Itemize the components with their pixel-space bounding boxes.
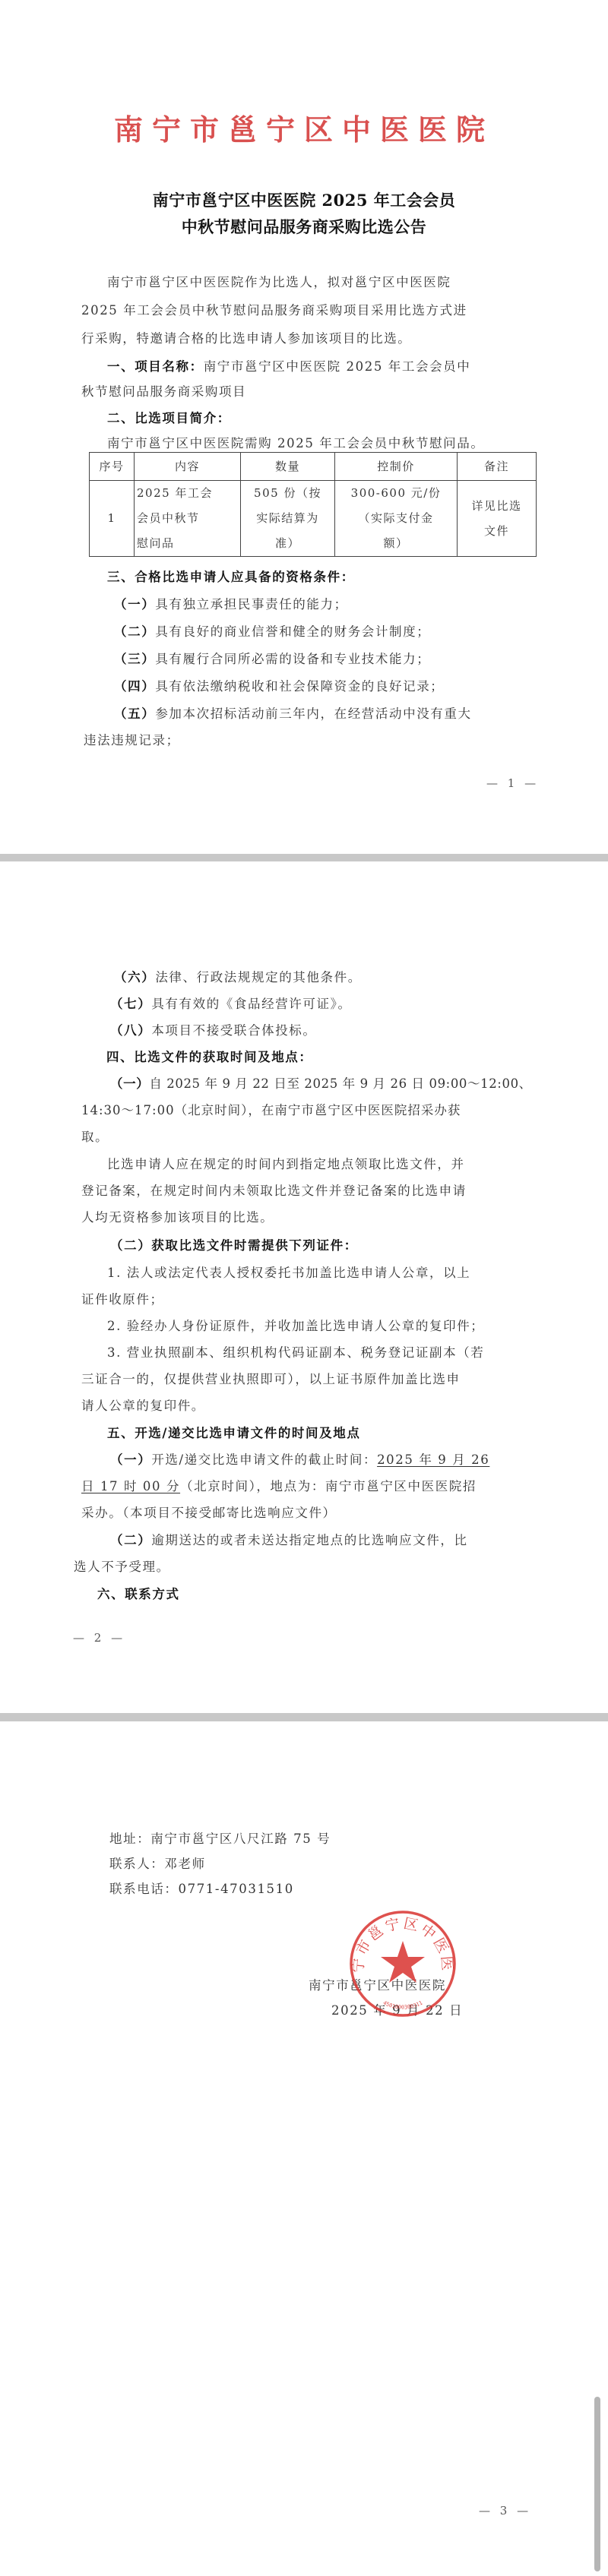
qualification-item-5-continued: 违法违规记录； [84,730,180,748]
intro-line-2: 2025 年工会会员中秋节慰问品服务商采购项目采用比选方式进 [81,300,467,318]
scrollbar[interactable] [594,2397,600,2571]
item-label: （一） [110,1076,149,1091]
cell-price-line: 300-600 元/份 [337,481,454,506]
item-text: 具有依法缴纳税收和社会保障资金的良好记录； [155,679,444,694]
cell-quantity-line: 实际结算为 [243,506,332,531]
svg-text:4501000300311: 4501000300311 [382,2000,424,2011]
page-3: 地址：南宁市邕宁区八尺江路 75 号 联系人：邓老师 联系电话：0771-470… [0,1721,608,2576]
header-content: 内容 [135,453,241,481]
section-5-item-2: （二）逾期送达的或者未送达指定地点的比选响应文件，比 [110,1530,468,1548]
intro-line-1: 南宁市邕宁区中医医院作为比选人，拟对邕宁区中医医院 [107,272,451,290]
qualification-item-1: （一）具有独立承担民事责任的能力； [114,594,348,612]
cell-note: 详见比选 文件 [458,481,537,557]
item-text: 自 2025 年 9 月 22 日至 2025 年 9 月 26 日 09:00… [149,1076,531,1091]
cell-price: 300-600 元/份 （实际支付金 额） [335,481,458,557]
item-label: （一） [110,1452,151,1467]
doc-requirement-1-line-2: 证件收原件； [81,1289,164,1307]
item-label: （三） [114,652,155,666]
cell-no: 1 [90,481,135,557]
item-label: （五） [114,706,155,721]
section-1-text: 南宁市邕宁区中医医院 2025 年工会会员中 [204,359,471,374]
header-no: 序号 [90,453,135,481]
section-4-heading: 四、比选文件的获取时间及地点： [106,1047,313,1065]
qualification-item-3: （三）具有履行合同所必需的设备和专业技术能力； [114,649,430,667]
section-4-para-line-1: 比选申请人应在规定的时间内到指定地点领取比选文件，并 [107,1154,465,1172]
cell-content: 2025 年工会 会员中秋节 慰问品 [135,481,241,557]
table-row: 1 2025 年工会 会员中秋节 慰问品 505 份（按 实际结算为 准） 30… [90,481,537,557]
qualification-item-8: （八）本项目不接受联合体投标。 [110,1020,317,1038]
section-1-line: 一、项目名称：南宁市邕宁区中医医院 2025 年工会会员中 [107,356,470,375]
section-4-item-2-heading: （二）获取比选文件时需提供下列证件： [110,1235,358,1253]
official-seal: 南宁市邕宁区中医医院 4501000300311 [346,1907,460,2021]
section-5-heading: 五、开选/递交比选申请文件的时间及地点 [107,1423,360,1441]
item-text: （北京时间），地点为：南宁市邕宁区中医医院招 [180,1479,477,1493]
cell-price-line: 额） [337,531,454,556]
document-title-line-2: 中秋节慰问品服务商采购比选公告 [0,215,608,238]
item-text: 逾期送达的或者未送达指定地点的比选响应文件，比 [151,1533,467,1547]
cell-note-line: 文件 [460,519,534,544]
qualification-item-2: （二）具有良好的商业信誉和健全的财务会计制度； [114,621,430,640]
section-4-para-line-2: 登记备案，在规定时间内未领取比选文件并登记备案的比选申请 [81,1181,467,1199]
contact-address: 地址：南宁市邕宁区八尺江路 75 号 [109,1828,331,1847]
masthead: 南宁市邕宁区中医医院 [0,106,608,148]
cell-price-line: （实际支付金 [337,506,454,531]
item-text: 法律、行政法规规定的其他条件。 [155,970,362,985]
section-5-item-1-line-3: 采办。（本项目不接受邮寄比选响应文件） [81,1503,337,1521]
item-label: （六） [114,970,155,985]
qualification-item-7: （七）具有有效的《食品经营许可证》。 [110,994,352,1012]
page-2: （六）法律、行政法规规定的其他条件。 （七）具有有效的《食品经营许可证》。 （八… [0,861,608,1713]
cell-quantity-line: 505 份（按 [243,481,332,506]
section-4-item-1-line-2: 14:30～17:00（北京时间），在南宁市邕宁区中医医院招采办获 [81,1100,461,1118]
doc-requirement-3-line-1: 3. 营业执照副本、组织机构代码证副本、税务登记证副本（若 [107,1342,484,1361]
item-label: （二） [110,1533,151,1547]
section-2-text: 南宁市邕宁区中医医院需购 2025 年工会会员中秋节慰问品。 [107,433,484,451]
item-text: 开选/递交比选申请文件的截止时间： [151,1452,377,1467]
item-text: 本项目不接受联合体投标。 [151,1023,316,1038]
page-number-3: — 3 — [479,2504,531,2518]
section-5-item-1: （一）开选/递交比选申请文件的截止时间：2025 年 9 月 26 [110,1449,489,1468]
seal-icon: 南宁市邕宁区中医医院 4501000300311 [346,1907,460,2021]
item-text: 参加本次招标活动前三年内，在经营活动中没有重大 [155,706,471,721]
item-label: （二） [114,624,155,639]
section-4-para-line-3: 人均无资格参加该项目的比选。 [81,1207,274,1225]
item-text: 具有有效的《食品经营许可证》。 [151,997,351,1011]
deadline-time: 日 17 时 00 分 [81,1479,180,1493]
qualification-item-4: （四）具有依法缴纳税收和社会保障资金的良好记录； [114,676,444,694]
section-3-heading: 三、合格比选申请人应具备的资格条件： [107,567,355,585]
section-1-text-continued: 秋节慰问品服务商采购项目 [81,381,246,400]
section-4-item-1-line-3: 取。 [81,1127,109,1145]
item-label: （一） [114,597,155,612]
cell-content-line: 2025 年工会 [137,481,238,506]
item-text: 具有履行合同所必需的设备和专业技术能力； [155,652,430,666]
section-4-item-1: （一）自 2025 年 9 月 22 日至 2025 年 9 月 26 日 09… [110,1073,532,1092]
doc-requirement-3-line-2: 三证合一的，仅提供营业执照即可），以上证书原件加盖比选申 [81,1369,461,1387]
item-label: （八） [110,1023,151,1038]
page-number-1: — 1 — [486,776,539,790]
cell-note-line: 详见比选 [460,494,534,519]
section-2-heading: 二、比选项目简介： [107,408,231,426]
deadline-date: 2025 年 9 月 26 [377,1452,489,1467]
item-label: （四） [114,679,155,694]
page-1: 南宁市邕宁区中医医院 南宁市邕宁区中医医院 2025 年工会会员 中秋节慰问品服… [0,0,608,854]
section-1-heading: 一、项目名称： [107,359,204,374]
section-6-heading: 六、联系方式 [97,1584,180,1602]
section-5-item-1-line-2: 日 17 时 00 分（北京时间），地点为：南宁市邕宁区中医医院招 [81,1476,477,1494]
page-separator [0,1713,608,1721]
items-table: 序号 内容 数量 控制价 备注 1 2025 年工会 会员中秋节 慰问品 505… [89,452,537,557]
cell-quantity-line: 准） [243,531,332,556]
document-title-line-1: 南宁市邕宁区中医医院 2025 年工会会员 [0,188,608,211]
contact-person: 联系人：邓老师 [109,1854,206,1872]
page-number-2: — 2 — [73,1631,125,1645]
item-text: 具有良好的商业信誉和健全的财务会计制度； [155,624,430,639]
qualification-item-6: （六）法律、行政法规规定的其他条件。 [114,967,362,985]
qualification-item-5: （五）参加本次招标活动前三年内，在经营活动中没有重大 [114,703,472,722]
contact-phone: 联系电话：0771-47031510 [109,1879,294,1897]
section-5-item-2-line-2: 选人不予受理。 [74,1557,170,1575]
header-price: 控制价 [335,453,458,481]
header-note: 备注 [458,453,537,481]
doc-requirement-1-line-1: 1. 法人或法定代表人授权委托书加盖比选申请人公章，以上 [107,1263,470,1281]
cell-quantity: 505 份（按 实际结算为 准） [241,481,335,557]
cell-content-line: 会员中秋节 [137,506,238,531]
intro-line-3: 行采购，特邀请合格的比选申请人参加该项目的比选。 [81,328,411,346]
header-quantity: 数量 [241,453,335,481]
cell-content-line: 慰问品 [137,531,238,556]
item-label: （七） [110,997,151,1011]
table-header-row: 序号 内容 数量 控制价 备注 [90,453,537,481]
doc-requirement-2-line-1: 2. 验经办人身份证原件，并收加盖比选申请人公章的复印件； [107,1316,484,1334]
item-text: 具有独立承担民事责任的能力； [155,597,347,612]
doc-requirement-3-line-3: 请人公章的复印件。 [81,1395,205,1414]
page-separator [0,854,608,861]
